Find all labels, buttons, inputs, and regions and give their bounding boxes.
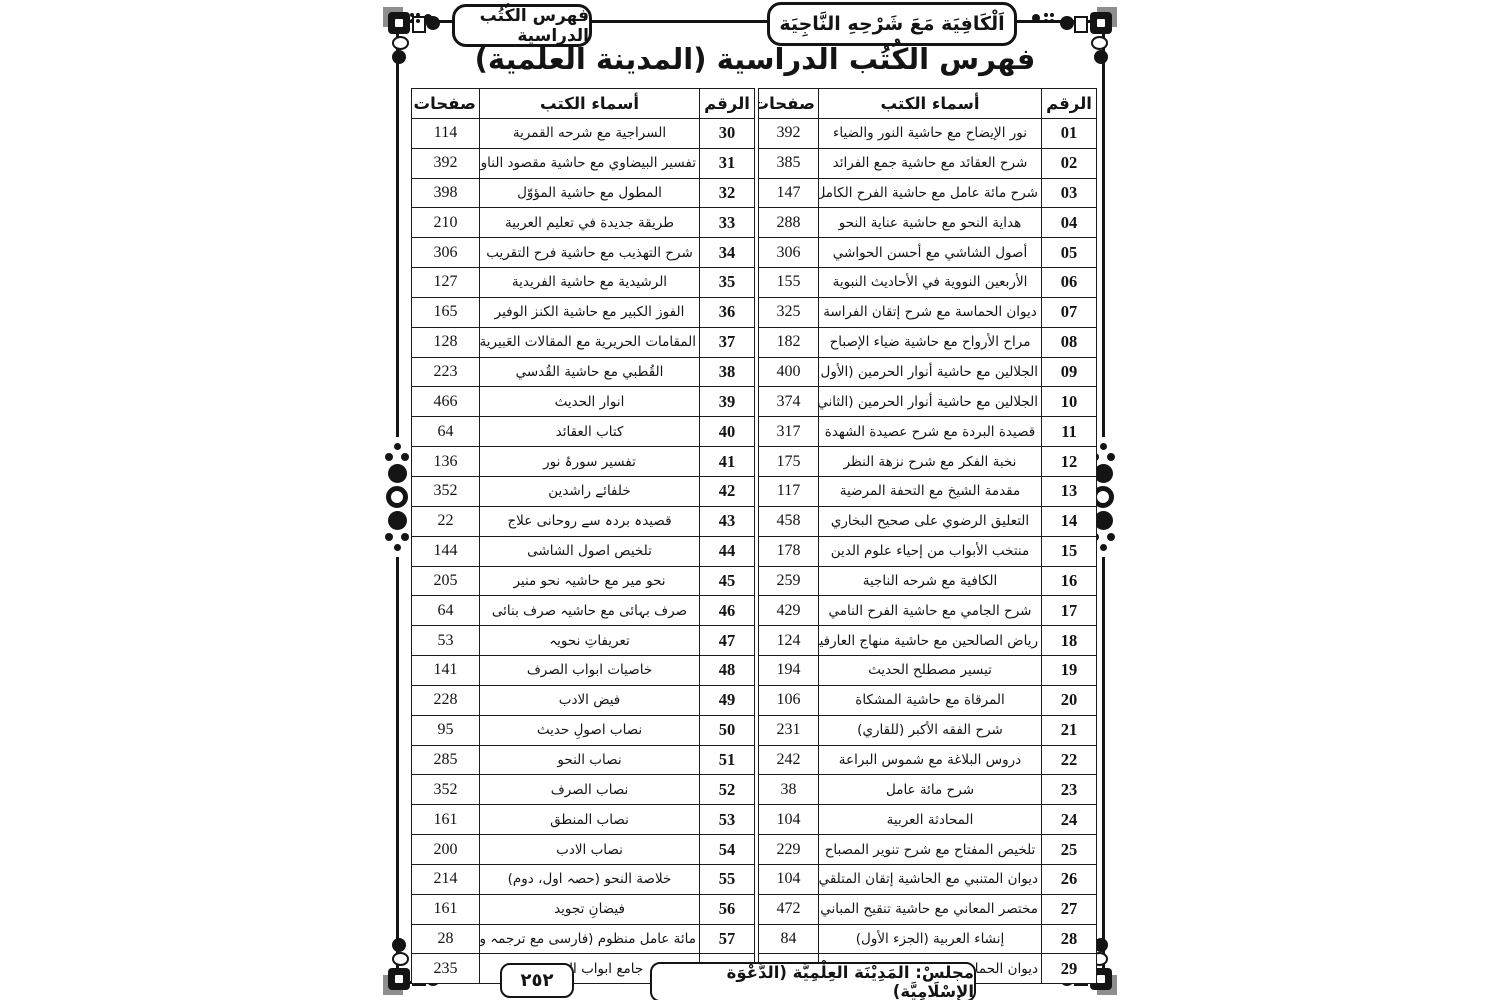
page-title: فهرس الكُتُب الدراسية (المدينة العلمية) [410, 42, 1100, 76]
cell-pages: 53 [412, 626, 480, 656]
rule-ornament-top-right [1032, 13, 1054, 23]
cell-pages: 165 [412, 297, 480, 327]
column-header-pages: صفحات [759, 89, 819, 119]
cell-name: الكافية مع شرحه الناجية [819, 566, 1042, 596]
header-tab-book: اَلْكَافِيَة مَعَ شَرْحِهِ النَّاجِيَة [767, 2, 1017, 46]
cell-name: تفسير البيضاوي مع حاشية مقصود الناوي [480, 148, 700, 178]
corner-ring-icon [392, 952, 409, 966]
cell-name: فیض الادب [480, 685, 700, 715]
table-row: 55خلاصة النحو (حصہ اول، دوم)214 [412, 864, 755, 894]
cell-no: 30 [700, 118, 755, 148]
cell-pages: 114 [412, 118, 480, 148]
dot-pair-icon [385, 533, 409, 541]
cell-no: 25 [1042, 835, 1097, 865]
cell-no: 54 [700, 835, 755, 865]
cell-pages: 223 [412, 357, 480, 387]
books-table-right: الرقم أسماء الكتب صفحات 01نور الإيضاح مع… [758, 88, 1097, 984]
cell-pages: 317 [759, 417, 819, 447]
cell-no: 12 [1042, 447, 1097, 477]
cell-pages: 374 [759, 387, 819, 417]
cell-pages: 466 [412, 387, 480, 417]
table-row: 32المطول مع حاشية المؤوّل398 [412, 178, 755, 208]
cell-no: 21 [1042, 715, 1097, 745]
table-row: 38القُطبي مع حاشية القُدسي223 [412, 357, 755, 387]
column-header-pages: صفحات [412, 89, 480, 119]
cell-pages: 22 [412, 506, 480, 536]
dot-pair-icon [385, 453, 409, 461]
table-row: 31تفسير البيضاوي مع حاشية مقصود الناوي39… [412, 148, 755, 178]
table-row: 14التعليق الرضوي على صحيح البخاري458 [759, 506, 1097, 536]
cell-no: 28 [1042, 924, 1097, 954]
cell-no: 37 [700, 327, 755, 357]
cell-pages: 38 [759, 775, 819, 805]
table-header-row: الرقم أسماء الكتب صفحات [412, 89, 755, 119]
corner-square-icon [388, 12, 410, 34]
table-row: 33طريقة جديدة في تعليم العربية210 [412, 208, 755, 238]
books-table-left: الرقم أسماء الكتب صفحات 30السراجية مع شر… [411, 88, 755, 984]
header-tab-index: فهرس الكُتُب الدراسية [452, 4, 592, 47]
cell-name: نخبة الفكر مع شرح نزهة النظر [819, 447, 1042, 477]
cell-name: نصاب اصولِ حدیث [480, 715, 700, 745]
cell-name: دروس البلاغة مع شموس البراعة [819, 745, 1042, 775]
cell-pages: 228 [412, 685, 480, 715]
cell-no: 01 [1042, 118, 1097, 148]
table-row: 15منتخب الأبواب من إحياء علوم الدين178 [759, 536, 1097, 566]
cell-pages: 285 [412, 745, 480, 775]
cell-name: طريقة جديدة في تعليم العربية [480, 208, 700, 238]
cell-name: تلخيص المفتاح مع شرح تنوير المصباح [819, 835, 1042, 865]
cell-name: المحادثة العربية [819, 805, 1042, 835]
corner-dot-icon [392, 50, 406, 64]
table-row: 27مختصر المعاني مع حاشية تنقيح المباني47… [759, 894, 1097, 924]
table-row: 23شرح مائة عامل38 [759, 775, 1097, 805]
table-row: 44تلخیص اصول الشاشی144 [412, 536, 755, 566]
cell-name: شرح الفقه الأكبر (للقاري) [819, 715, 1042, 745]
table-row: 56فیضانِ تجوید161 [412, 894, 755, 924]
table-row: 43قصیدہ بردہ سے روحانی علاج22 [412, 506, 755, 536]
cell-name: مراح الأرواح مع حاشية ضياء الإصباح [819, 327, 1042, 357]
cell-no: 38 [700, 357, 755, 387]
cell-no: 11 [1042, 417, 1097, 447]
corner-ring-icon [392, 36, 409, 50]
table-row: 09الجلالين مع حاشية أنوار الحرمين (الأول… [759, 357, 1097, 387]
cell-no: 40 [700, 417, 755, 447]
cell-no: 42 [700, 476, 755, 506]
cell-name: صرف بہائی مع حاشیہ صرف بنائی [480, 596, 700, 626]
table-row: 49فیض الادب228 [412, 685, 755, 715]
side-medallion-left [385, 437, 409, 557]
cell-pages: 458 [759, 506, 819, 536]
cell-no: 56 [700, 894, 755, 924]
cell-name: مائة عامل منظوم (فارسی مع ترجمہ و تشریح) [480, 924, 700, 954]
cell-name: شرح مائة عامل [819, 775, 1042, 805]
dot-icon [394, 544, 401, 551]
cell-name: نصاب النحو [480, 745, 700, 775]
cell-name: تلخیص اصول الشاشی [480, 536, 700, 566]
footer-page-number: ٢٥٢ [500, 963, 574, 998]
cell-pages: 161 [412, 894, 480, 924]
cell-name: مختصر المعاني مع حاشية تنقيح المباني [819, 894, 1042, 924]
table-row: 19تيسير مصطلح الحديث194 [759, 656, 1097, 686]
cell-no: 02 [1042, 148, 1097, 178]
table-row: 26ديوان المتنبي مع الحاشية إتقان المتلقي… [759, 864, 1097, 894]
cell-no: 07 [1042, 297, 1097, 327]
cell-pages: 472 [759, 894, 819, 924]
cell-name: منتخب الأبواب من إحياء علوم الدين [819, 536, 1042, 566]
table-row: 53نصاب المنطق161 [412, 805, 755, 835]
cell-name: التعليق الرضوي على صحيح البخاري [819, 506, 1042, 536]
dot-icon [424, 14, 432, 22]
table-row: 18رياض الصالحين مع حاشية منهاج العارفين1… [759, 626, 1097, 656]
corner-square-icon [388, 968, 410, 990]
column-header-number: الرقم [1042, 89, 1097, 119]
cell-name: الجلالين مع حاشية أنوار الحرمين (الأول) [819, 357, 1042, 387]
cell-name: كتاب العقائد [480, 417, 700, 447]
cell-pages: 104 [759, 805, 819, 835]
cell-name: شرح العقائد مع حاشية جمع الفرائد [819, 148, 1042, 178]
table-row: 50نصاب اصولِ حدیث95 [412, 715, 755, 745]
cell-no: 29 [1042, 954, 1097, 984]
cell-pages: 128 [412, 327, 480, 357]
table-row: 22دروس البلاغة مع شموس البراعة242 [759, 745, 1097, 775]
cell-no: 20 [1042, 685, 1097, 715]
cell-no: 49 [700, 685, 755, 715]
cell-pages: 352 [412, 775, 480, 805]
cell-no: 06 [1042, 268, 1097, 298]
cell-no: 08 [1042, 327, 1097, 357]
cell-name: الفوز الكبير مع حاشية الكنز الوفير [480, 297, 700, 327]
table-row: 10الجلالين مع حاشية أنوار الحرمين (الثان… [759, 387, 1097, 417]
cell-pages: 182 [759, 327, 819, 357]
cell-pages: 178 [759, 536, 819, 566]
cell-pages: 106 [759, 685, 819, 715]
cell-no: 48 [700, 656, 755, 686]
table-row: 28إنشاء العربية (الجزء الأول)84 [759, 924, 1097, 954]
table-row: 47تعریفاتِ نحویہ53 [412, 626, 755, 656]
cell-name: قصيدة البردة مع شرح عصيدة الشهدة [819, 417, 1042, 447]
table-row: 51نصاب النحو285 [412, 745, 755, 775]
table-row: 16الكافية مع شرحه الناجية259 [759, 566, 1097, 596]
cell-no: 03 [1042, 178, 1097, 208]
cell-pages: 127 [412, 268, 480, 298]
cell-no: 26 [1042, 864, 1097, 894]
cell-name: ديوان الحماسة مع شرح إتقان الفراسة [819, 297, 1042, 327]
table-row: 12نخبة الفكر مع شرح نزهة النظر175 [759, 447, 1097, 477]
header-tab-book-label: اَلْكَافِيَة مَعَ شَرْحِهِ النَّاجِيَة [779, 13, 1004, 35]
cell-no: 27 [1042, 894, 1097, 924]
cell-pages: 400 [759, 357, 819, 387]
table-row: 13مقدمة الشيخ مع التحفة المرضية117 [759, 476, 1097, 506]
cell-pages: 231 [759, 715, 819, 745]
cell-no: 39 [700, 387, 755, 417]
dot-icon [1032, 14, 1040, 22]
cell-pages: 205 [412, 566, 480, 596]
table-row: 11قصيدة البردة مع شرح عصيدة الشهدة317 [759, 417, 1097, 447]
cell-no: 09 [1042, 357, 1097, 387]
cell-pages: 124 [759, 626, 819, 656]
cell-name: ديوان المتنبي مع الحاشية إتقان المتلقي [819, 864, 1042, 894]
cell-pages: 385 [759, 148, 819, 178]
cell-pages: 210 [412, 208, 480, 238]
cell-pages: 352 [412, 476, 480, 506]
column-header-book-names: أسماء الكتب [819, 89, 1042, 119]
dots-icon [1044, 13, 1054, 23]
cell-name: الأربعين النووية في الأحاديث النبوية [819, 268, 1042, 298]
cell-name: المقامات الحريرية مع المقالات العَبيرية [480, 327, 700, 357]
cell-no: 13 [1042, 476, 1097, 506]
header-tab-index-label: فهرس الكُتُب الدراسية [455, 6, 589, 46]
cell-name: قصیدہ بردہ سے روحانی علاج [480, 506, 700, 536]
cell-pages: 200 [412, 835, 480, 865]
corner-dot-icon [392, 938, 406, 952]
cell-no: 57 [700, 924, 755, 954]
cell-name: المرقاة مع حاشية المشكاة [819, 685, 1042, 715]
cell-no: 46 [700, 596, 755, 626]
cell-name: نصاب المنطق [480, 805, 700, 835]
cell-name: خلاصة النحو (حصہ اول، دوم) [480, 864, 700, 894]
cell-pages: 64 [412, 596, 480, 626]
table-row: 03شرح مائة عامل مع حاشية الفرح الكامل147 [759, 178, 1097, 208]
table-row: 24المحادثة العربية104 [759, 805, 1097, 835]
cell-no: 10 [1042, 387, 1097, 417]
cell-name: نور الإيضاح مع حاشية النور والضياء [819, 118, 1042, 148]
cell-name: نصاب الادب [480, 835, 700, 865]
cell-name: هداية النحو مع حاشية عناية النحو [819, 208, 1042, 238]
cell-pages: 306 [412, 238, 480, 268]
cell-no: 43 [700, 506, 755, 536]
table-row: 42خلفائے راشدین352 [412, 476, 755, 506]
cell-pages: 214 [412, 864, 480, 894]
table-row: 40كتاب العقائد64 [412, 417, 755, 447]
cell-name: أصول الشاشي مع أحسن الحواشي [819, 238, 1042, 268]
table-row: 36الفوز الكبير مع حاشية الكنز الوفير165 [412, 297, 755, 327]
table-row: 54نصاب الادب200 [412, 835, 755, 865]
cell-name: السراجية مع شرحه القمرية [480, 118, 700, 148]
cell-name: شرح التهذيب مع حاشية فرح التقريب [480, 238, 700, 268]
cell-pages: 325 [759, 297, 819, 327]
cell-pages: 392 [759, 118, 819, 148]
cell-name: مقدمة الشيخ مع التحفة المرضية [819, 476, 1042, 506]
rule-ornament-top-left [410, 13, 432, 23]
table-row: 41تفسير سورۂ نور136 [412, 447, 755, 477]
table-row: 46صرف بہائی مع حاشیہ صرف بنائی64 [412, 596, 755, 626]
corner-dot-icon [1060, 16, 1074, 30]
cell-pages: 155 [759, 268, 819, 298]
table-row: 02شرح العقائد مع حاشية جمع الفرائد385 [759, 148, 1097, 178]
table-row: 57مائة عامل منظوم (فارسی مع ترجمہ و تشری… [412, 924, 755, 954]
cell-no: 17 [1042, 596, 1097, 626]
cell-pages: 429 [759, 596, 819, 626]
cell-no: 04 [1042, 208, 1097, 238]
cell-no: 05 [1042, 238, 1097, 268]
cell-no: 51 [700, 745, 755, 775]
cell-no: 18 [1042, 626, 1097, 656]
cell-no: 41 [700, 447, 755, 477]
table-row: 01نور الإيضاح مع حاشية النور والضياء392 [759, 118, 1097, 148]
column-header-book-names: أسماء الكتب [480, 89, 700, 119]
page-number-label: ٢٥٢ [521, 970, 554, 991]
cell-name: القُطبي مع حاشية القُدسي [480, 357, 700, 387]
cell-name: نحو میر مع حاشیہ نحو منیر [480, 566, 700, 596]
cell-no: 52 [700, 775, 755, 805]
cell-no: 15 [1042, 536, 1097, 566]
cell-name: تعریفاتِ نحویہ [480, 626, 700, 656]
cell-no: 50 [700, 715, 755, 745]
table-row: 04هداية النحو مع حاشية عناية النحو288 [759, 208, 1097, 238]
cell-no: 33 [700, 208, 755, 238]
corner-diamond-icon [1074, 16, 1088, 33]
dot-icon [394, 443, 401, 450]
cell-pages: 175 [759, 447, 819, 477]
cell-no: 47 [700, 626, 755, 656]
cell-name: انوار الحديث [480, 387, 700, 417]
cell-name: نصاب الصرف [480, 775, 700, 805]
cell-no: 35 [700, 268, 755, 298]
cell-no: 22 [1042, 745, 1097, 775]
cell-name: الجلالين مع حاشية أنوار الحرمين (الثاني) [819, 387, 1042, 417]
cell-pages: 259 [759, 566, 819, 596]
cell-name: الرشيدية مع حاشية الفريدية [480, 268, 700, 298]
table-row: 34شرح التهذيب مع حاشية فرح التقريب306 [412, 238, 755, 268]
cell-pages: 288 [759, 208, 819, 238]
cell-name: خاصیات ابواب الصرف [480, 656, 700, 686]
table-row: 39انوار الحديث466 [412, 387, 755, 417]
table-row: 25تلخيص المفتاح مع شرح تنوير المصباح229 [759, 835, 1097, 865]
dots-icon [410, 13, 420, 23]
cell-no: 19 [1042, 656, 1097, 686]
cell-no: 32 [700, 178, 755, 208]
table-row: 08مراح الأرواح مع حاشية ضياء الإصباح182 [759, 327, 1097, 357]
cell-pages: 147 [759, 178, 819, 208]
cell-pages: 144 [412, 536, 480, 566]
cell-name: المطول مع حاشية المؤوّل [480, 178, 700, 208]
cell-no: 53 [700, 805, 755, 835]
cell-no: 23 [1042, 775, 1097, 805]
table-row: 52نصاب الصرف352 [412, 775, 755, 805]
cell-no: 55 [700, 864, 755, 894]
table-row: 06الأربعين النووية في الأحاديث النبوية15… [759, 268, 1097, 298]
cell-pages: 117 [759, 476, 819, 506]
cell-pages: 398 [412, 178, 480, 208]
cell-pages: 161 [412, 805, 480, 835]
corner-square-icon [1090, 12, 1112, 34]
cell-no: 24 [1042, 805, 1097, 835]
cell-name: إنشاء العربية (الجزء الأول) [819, 924, 1042, 954]
dot-icon [1100, 544, 1107, 551]
table-header-row: الرقم أسماء الكتب صفحات [759, 89, 1097, 119]
cell-name: تيسير مصطلح الحديث [819, 656, 1042, 686]
dot-icon [1100, 443, 1107, 450]
ring-icon [386, 486, 408, 508]
cell-name: رياض الصالحين مع حاشية منهاج العارفين [819, 626, 1042, 656]
table-row: 45نحو میر مع حاشیہ نحو منیر205 [412, 566, 755, 596]
cell-no: 14 [1042, 506, 1097, 536]
table-row: 17شرح الجامي مع حاشية الفرح النامي429 [759, 596, 1097, 626]
cell-name: خلفائے راشدین [480, 476, 700, 506]
cell-pages: 136 [412, 447, 480, 477]
scanned-book-index-page: فهرس الكُتُب الدراسية اَلْكَافِيَة مَعَ … [0, 0, 1500, 1000]
cell-name: شرح الجامي مع حاشية الفرح النامي [819, 596, 1042, 626]
table-row: 05أصول الشاشي مع أحسن الحواشي306 [759, 238, 1097, 268]
cell-pages: 141 [412, 656, 480, 686]
footer-publisher: مجلسْ: المَدِيْنَة العِلْمِيَّة (الدَّعْ… [650, 962, 976, 1000]
cell-no: 16 [1042, 566, 1097, 596]
table-row: 21شرح الفقه الأكبر (للقاري)231 [759, 715, 1097, 745]
cell-pages: 229 [759, 835, 819, 865]
cell-pages: 235 [412, 954, 480, 984]
table-row: 20المرقاة مع حاشية المشكاة106 [759, 685, 1097, 715]
table-row: 30السراجية مع شرحه القمرية114 [412, 118, 755, 148]
cell-pages: 242 [759, 745, 819, 775]
cell-name: تفسير سورۂ نور [480, 447, 700, 477]
table-row: 35الرشيدية مع حاشية الفريدية127 [412, 268, 755, 298]
cell-pages: 194 [759, 656, 819, 686]
cell-pages: 306 [759, 238, 819, 268]
cell-no: 31 [700, 148, 755, 178]
column-header-number: الرقم [700, 89, 755, 119]
circle-icon [388, 511, 407, 530]
cell-no: 45 [700, 566, 755, 596]
table-row: 07ديوان الحماسة مع شرح إتقان الفراسة325 [759, 297, 1097, 327]
circle-icon [388, 464, 407, 483]
cell-pages: 84 [759, 924, 819, 954]
cell-pages: 95 [412, 715, 480, 745]
cell-no: 34 [700, 238, 755, 268]
cell-pages: 28 [412, 924, 480, 954]
publisher-label: مجلسْ: المَدِيْنَة العِلْمِيَّة (الدَّعْ… [652, 963, 974, 1000]
cell-pages: 64 [412, 417, 480, 447]
cell-no: 36 [700, 297, 755, 327]
cell-pages: 392 [412, 148, 480, 178]
cell-no: 44 [700, 536, 755, 566]
table-row: 37المقامات الحريرية مع المقالات العَبيري… [412, 327, 755, 357]
cell-name: شرح مائة عامل مع حاشية الفرح الكامل [819, 178, 1042, 208]
cell-name: فیضانِ تجوید [480, 894, 700, 924]
table-row: 48خاصیات ابواب الصرف141 [412, 656, 755, 686]
cell-pages: 104 [759, 864, 819, 894]
